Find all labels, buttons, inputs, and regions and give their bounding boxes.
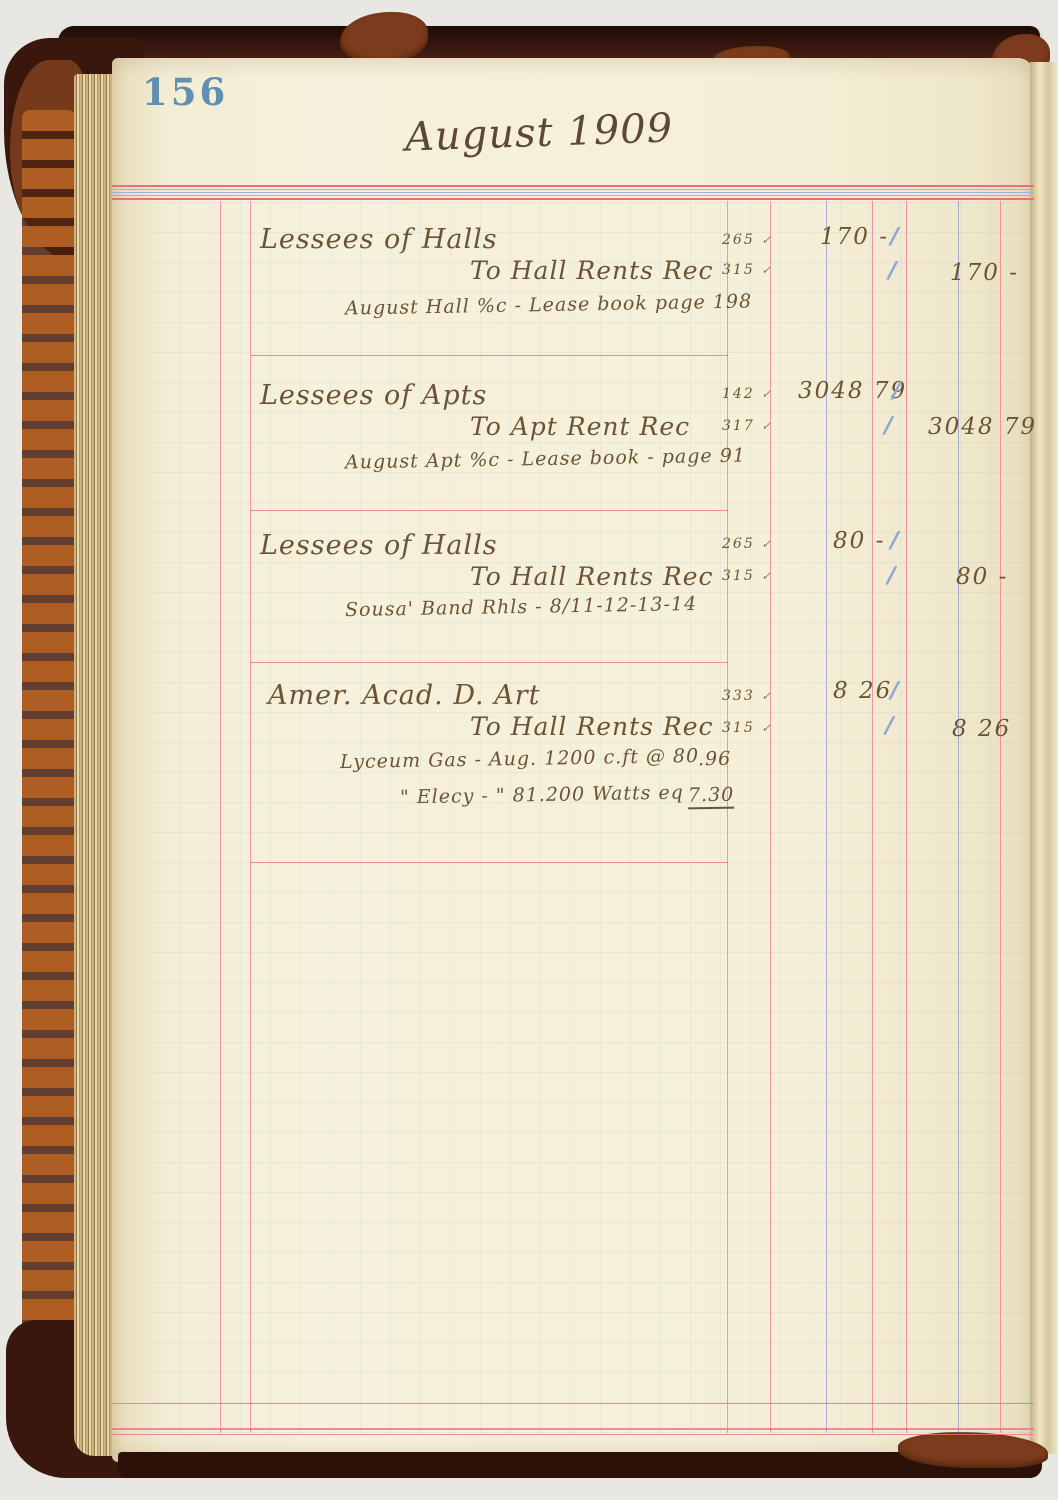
folio-number: 315 ✓ bbox=[722, 720, 773, 736]
footer-rule bbox=[112, 1403, 1034, 1404]
memo-amount: .96 bbox=[698, 748, 732, 771]
entry-separator-line bbox=[250, 862, 728, 863]
folio-number: 315 ✓ bbox=[722, 262, 773, 278]
check-mark: ✓ bbox=[761, 689, 773, 703]
folio-number: 265 ✓ bbox=[722, 232, 773, 248]
check-mark: ✓ bbox=[761, 233, 773, 247]
check-mark: ✓ bbox=[761, 537, 773, 551]
folio-number: 315 ✓ bbox=[722, 568, 773, 584]
check-mark: ✓ bbox=[761, 387, 773, 401]
footer-rule bbox=[112, 1428, 1034, 1430]
entry-contra-account: To Hall Rents Rec bbox=[470, 712, 714, 741]
entry-account: Lessees of Halls bbox=[260, 224, 498, 255]
folio-number: 317 ✓ bbox=[722, 418, 773, 434]
memo-amount-underlined: 7.30 bbox=[688, 784, 735, 810]
folio-value: 142 bbox=[722, 386, 755, 402]
ledger-book-photo: 156 August 1909 Lessees of Halls To Hall… bbox=[0, 0, 1058, 1500]
debit-amount: 8 26 bbox=[833, 678, 892, 704]
page-title: August 1909 bbox=[404, 105, 674, 160]
check-mark: ✓ bbox=[761, 569, 773, 583]
footer-rule bbox=[112, 1434, 1034, 1435]
folio-number: 333 ✓ bbox=[722, 688, 773, 704]
credit-amount: 3048 79 bbox=[928, 414, 1037, 440]
debit-amount: 80 - bbox=[833, 528, 885, 554]
entry-separator-line bbox=[250, 355, 728, 356]
column-rule-blue bbox=[958, 201, 959, 1433]
folio-value: 315 bbox=[722, 720, 755, 736]
credit-amount: 80 - bbox=[956, 564, 1008, 590]
entry-separator-line bbox=[250, 510, 728, 511]
folio-value: 315 bbox=[722, 568, 755, 584]
check-mark: ✓ bbox=[761, 263, 773, 277]
credit-amount: 170 - bbox=[950, 260, 1019, 286]
striped-binding-edge bbox=[22, 110, 76, 1390]
entry-contra-account: To Apt Rent Rec bbox=[470, 412, 690, 441]
column-rule bbox=[220, 201, 221, 1433]
folio-value: 265 bbox=[722, 536, 755, 552]
entry-account: Lessees of Halls bbox=[260, 530, 498, 561]
entry-account: Lessees of Apts bbox=[260, 380, 487, 411]
entry-account: Amer. Acad. D. Art bbox=[268, 680, 540, 711]
page-number-stamp: 156 bbox=[142, 70, 228, 114]
header-rule-band bbox=[112, 185, 1034, 201]
credit-amount: 8 26 bbox=[952, 716, 1011, 742]
check-mark: ✓ bbox=[761, 419, 773, 433]
entry-contra-account: To Hall Rents Rec bbox=[470, 256, 714, 285]
debit-amount: 170 - bbox=[820, 224, 889, 250]
folio-value: 317 bbox=[722, 418, 755, 434]
check-mark: ✓ bbox=[761, 721, 773, 735]
page-fold-edge bbox=[1030, 62, 1058, 1454]
folio-value: 315 bbox=[722, 262, 755, 278]
folio-value: 265 bbox=[722, 232, 755, 248]
folio-value: 333 bbox=[722, 688, 755, 704]
folio-number: 265 ✓ bbox=[722, 536, 773, 552]
column-rule bbox=[1000, 201, 1001, 1433]
column-rule bbox=[250, 201, 251, 1433]
entry-separator-line bbox=[250, 662, 728, 663]
entry-contra-account: To Hall Rents Rec bbox=[470, 562, 714, 591]
folio-number: 142 ✓ bbox=[722, 386, 773, 402]
